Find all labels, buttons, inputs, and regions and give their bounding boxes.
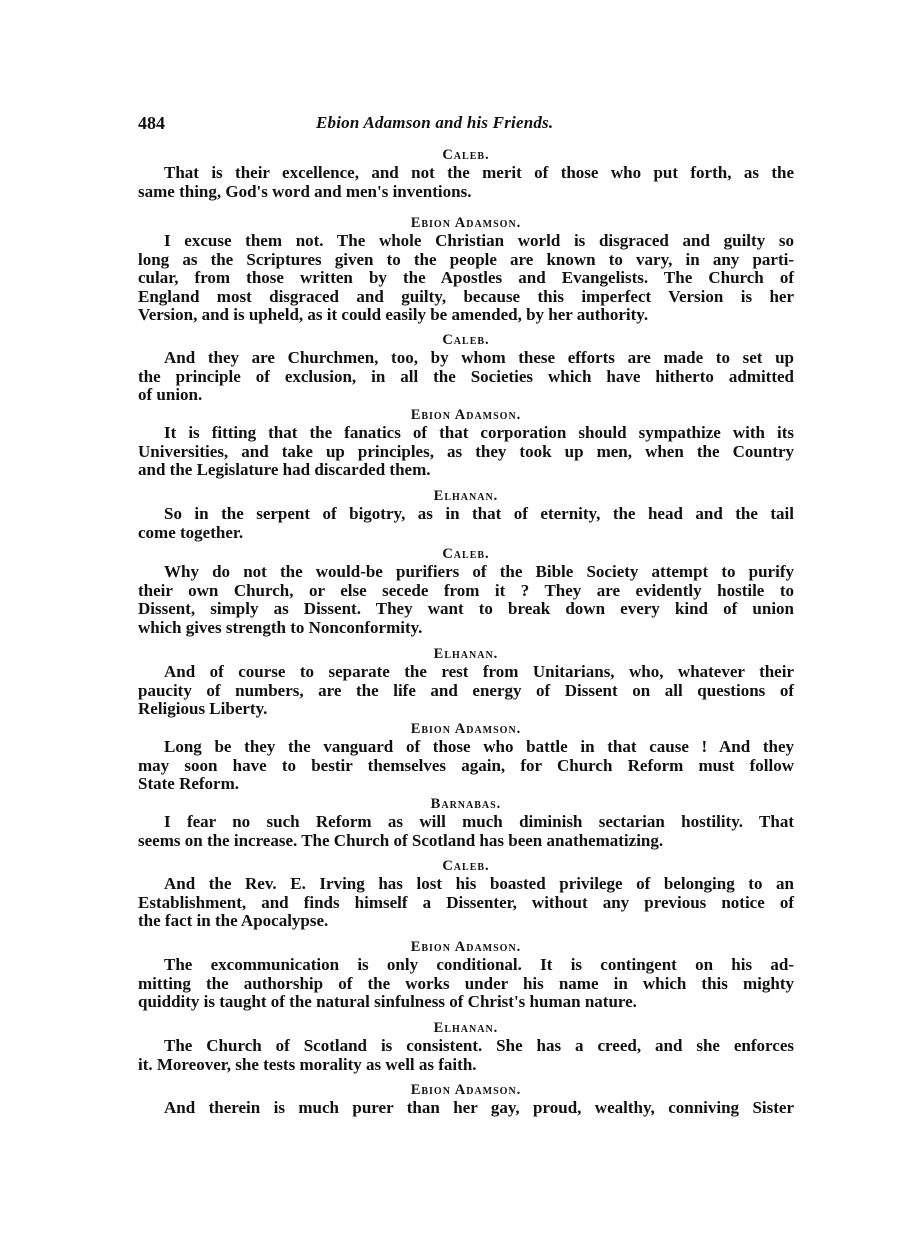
text-line: It is fitting that the fanatics of that … (138, 424, 794, 443)
speaker-name: Ebion Adamson. (138, 214, 794, 232)
text-line: Version, and is upheld, as it could easi… (138, 306, 794, 325)
speech-block: Ebion Adamson.Long be they the vanguard … (138, 720, 794, 794)
speech-block: Elhanan.The Church of Scotland is consis… (138, 1019, 794, 1074)
speaker-name: Caleb. (138, 146, 794, 164)
speaker-name: Ebion Adamson. (138, 406, 794, 424)
speech-block: Caleb.And they are Churchmen, too, by wh… (138, 331, 794, 405)
speaker-name: Ebion Adamson. (138, 720, 794, 738)
text-line: the fact in the Apocalypse. (138, 912, 794, 931)
speech-block: Ebion Adamson.It is fitting that the fan… (138, 406, 794, 480)
text-line: paucity of numbers, are the life and ene… (138, 682, 794, 701)
speaker-name: Elhanan. (138, 1019, 794, 1037)
text-line: I fear no such Reform as will much dimin… (138, 813, 794, 832)
speaker-name: Caleb. (138, 545, 794, 563)
page-header: 484 Ebion Adamson and his Friends. (138, 113, 798, 135)
text-line: long as the Scriptures given to the peop… (138, 251, 794, 270)
running-title: Ebion Adamson and his Friends. (316, 113, 553, 133)
text-line: The excommunication is only conditional.… (138, 956, 794, 975)
text-line: Establishment, and finds himself a Disse… (138, 894, 794, 913)
speech-block: Caleb.Why do not the would-be purifiers … (138, 545, 794, 637)
speaker-name: Ebion Adamson. (138, 1081, 794, 1099)
text-line: Why do not the would-be purifiers of the… (138, 563, 794, 582)
text-line: mitting the authorship of the works unde… (138, 975, 794, 994)
book-page: 484 Ebion Adamson and his Friends. Caleb… (0, 0, 918, 1238)
page-number: 484 (138, 113, 165, 134)
speaker-name: Elhanan. (138, 645, 794, 663)
speech-block: Caleb.And the Rev. E. Irving has lost hi… (138, 857, 794, 931)
text-line: State Reform. (138, 775, 794, 794)
speaker-name: Caleb. (138, 331, 794, 349)
text-line: same thing, God's word and men's inventi… (138, 183, 794, 202)
text-line: Religious Liberty. (138, 700, 794, 719)
text-line: the principle of exclusion, in all the S… (138, 368, 794, 387)
speaker-name: Barnabas. (138, 795, 794, 813)
text-line: come together. (138, 524, 794, 543)
speech-block: Barnabas.I fear no such Reform as will m… (138, 795, 794, 850)
text-line: Long be they the vanguard of those who b… (138, 738, 794, 757)
text-line: The Church of Scotland is consistent. Sh… (138, 1037, 794, 1056)
text-line: of union. (138, 386, 794, 405)
text-line: seems on the increase. The Church of Sco… (138, 832, 794, 851)
text-line: cular, from those written by the Apostle… (138, 269, 794, 288)
text-line: and the Legislature had discarded them. (138, 461, 794, 480)
text-line: their own Church, or else secede from it… (138, 582, 794, 601)
text-line: Universities, and take up principles, as… (138, 443, 794, 462)
text-line: I excuse them not. The whole Christian w… (138, 232, 794, 251)
text-line: And of course to separate the rest from … (138, 663, 794, 682)
text-line: England most disgraced and guilty, becau… (138, 288, 794, 307)
text-line: That is their excellence, and not the me… (138, 164, 794, 183)
text-line: Dissent, simply as Dissent. They want to… (138, 600, 794, 619)
text-line: which gives strength to Nonconformity. (138, 619, 794, 638)
speech-block: Ebion Adamson.And therein is much purer … (138, 1081, 794, 1118)
text-line: And they are Churchmen, too, by whom the… (138, 349, 794, 368)
speech-block: Ebion Adamson.The excommunication is onl… (138, 938, 794, 1012)
text-line: And the Rev. E. Irving has lost his boas… (138, 875, 794, 894)
speaker-name: Ebion Adamson. (138, 938, 794, 956)
speech-block: Elhanan.And of course to separate the re… (138, 645, 794, 719)
speech-block: Caleb.That is their excellence, and not … (138, 146, 794, 201)
speech-block: Ebion Adamson.I excuse them not. The who… (138, 214, 794, 325)
text-line: may soon have to bestir themselves again… (138, 757, 794, 776)
speaker-name: Elhanan. (138, 487, 794, 505)
speaker-name: Caleb. (138, 857, 794, 875)
speech-block: Elhanan.So in the serpent of bigotry, as… (138, 487, 794, 542)
text-line: it. Moreover, she tests morality as well… (138, 1056, 794, 1075)
text-line: So in the serpent of bigotry, as in that… (138, 505, 794, 524)
text-line: quiddity is taught of the natural sinful… (138, 993, 794, 1012)
text-line: And therein is much purer than her gay, … (138, 1099, 794, 1118)
